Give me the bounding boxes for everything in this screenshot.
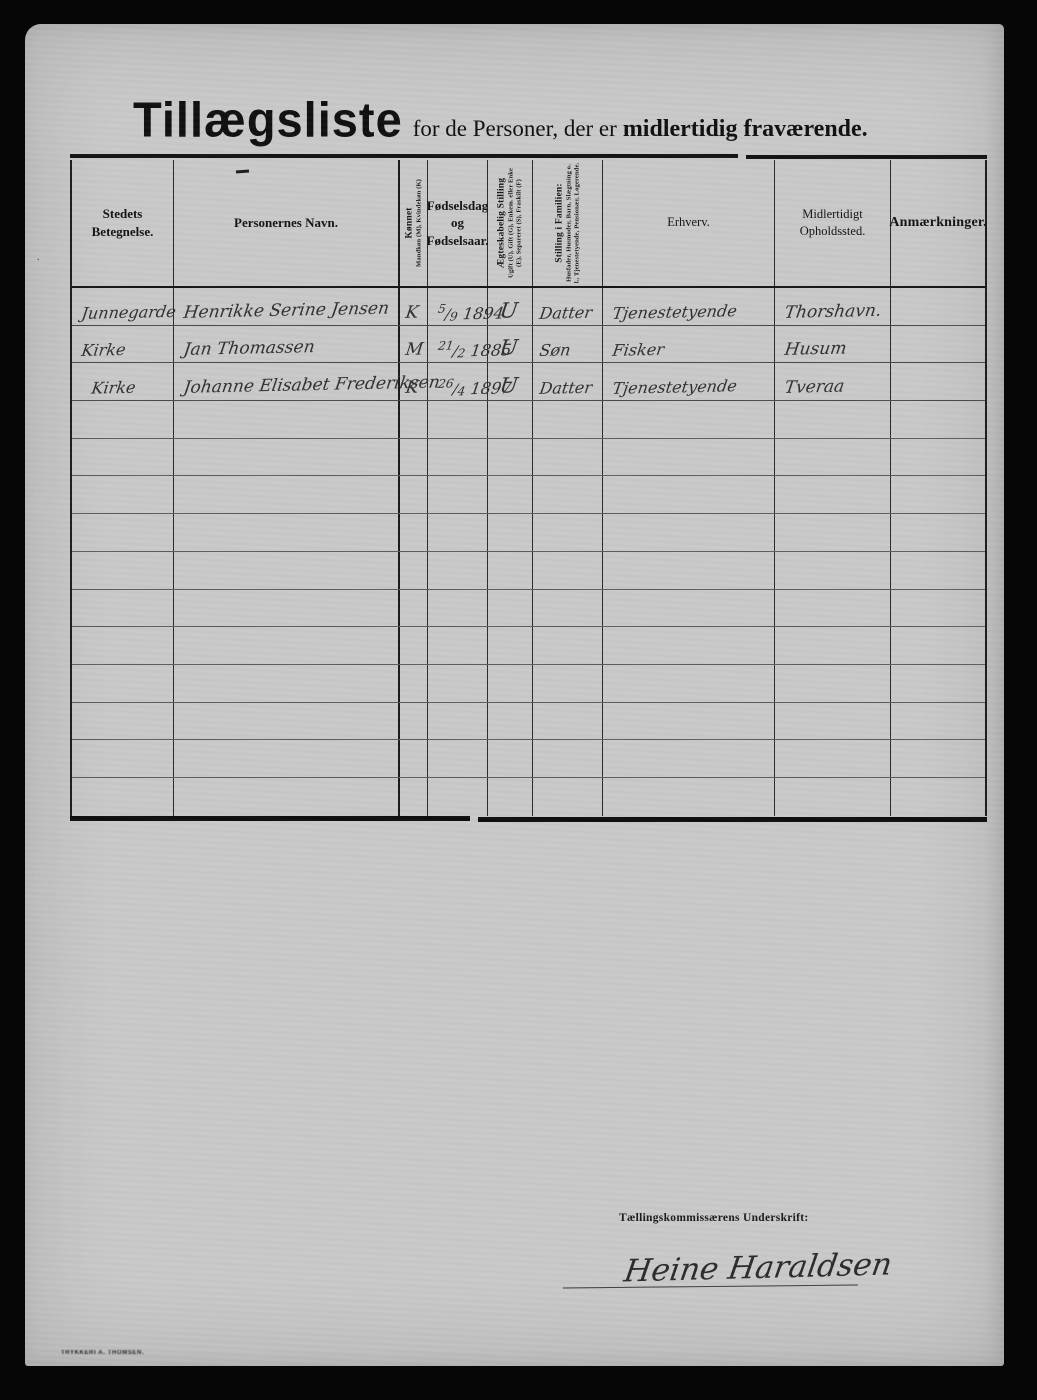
- cell-family: Datter: [533, 380, 593, 400]
- empty-cell: [891, 552, 985, 589]
- empty-cell: [603, 703, 775, 740]
- cell-residence: Husum: [775, 341, 848, 362]
- empty-cell: [428, 552, 488, 589]
- empty-cell: [603, 665, 775, 702]
- empty-cell: [72, 514, 174, 551]
- header-residence: Midlertidigt Opholdssted.: [775, 160, 891, 286]
- empty-cell: [891, 514, 985, 551]
- empty-cell: [400, 778, 428, 816]
- empty-cell: [603, 778, 775, 816]
- empty-cell: [533, 476, 603, 513]
- empty-cell: [428, 590, 488, 627]
- form-title-mid: for de Personer, der er: [413, 116, 617, 141]
- table-body: Junnegarde Henrikke Serine Jensen K 5/9 …: [72, 288, 985, 816]
- cell-place: Kirke: [72, 380, 137, 400]
- empty-cell: [891, 476, 985, 513]
- cell-occupation: Fisker: [603, 342, 665, 362]
- cell-place: Kirke: [72, 342, 127, 362]
- cell-name: Henrikke Serine Jensen: [174, 300, 390, 324]
- empty-cell: [488, 401, 533, 438]
- cell-sex: K: [400, 380, 420, 400]
- empty-cell: [400, 703, 428, 740]
- empty-cell: [428, 439, 488, 476]
- empty-cell: [428, 740, 488, 777]
- form-title-bold: midlertidig fraværende.: [623, 116, 868, 142]
- empty-cell: [72, 627, 174, 664]
- empty-cell: [488, 439, 533, 476]
- cell-marital: U: [488, 300, 519, 325]
- empty-cell: [400, 665, 428, 702]
- table-row-empty: [72, 778, 985, 816]
- table-row-empty: [72, 476, 985, 514]
- empty-cell: [891, 665, 985, 702]
- header-sex: Kønnet Mandkøn (M), Kvindekøn (K): [400, 160, 428, 286]
- empty-cell: [174, 590, 400, 627]
- cell-residence: Thorshavn.: [775, 303, 882, 325]
- cell-occupation: Tjenestetyende: [603, 303, 738, 325]
- empty-cell: [400, 627, 428, 664]
- empty-cell: [775, 703, 891, 740]
- empty-cell: [533, 590, 603, 627]
- empty-cell: [533, 778, 603, 816]
- cell-remarks: [891, 397, 899, 400]
- empty-cell: [533, 627, 603, 664]
- empty-cell: [533, 703, 603, 740]
- cell-place: Junnegarde: [72, 304, 177, 325]
- empty-cell: [891, 439, 985, 476]
- empty-cell: [428, 627, 488, 664]
- empty-cell: [603, 740, 775, 777]
- empty-cell: [488, 590, 533, 627]
- cell-family: Søn: [533, 343, 572, 363]
- header-occupation: Erhverv.: [603, 160, 775, 286]
- empty-cell: [488, 476, 533, 513]
- header-family-position: Stilling i Familien: Husfader, Husmoder,…: [533, 160, 603, 286]
- cell-family: Datter: [533, 304, 593, 324]
- empty-cell: [891, 703, 985, 740]
- table-row-empty: [72, 590, 985, 628]
- empty-cell: [488, 665, 533, 702]
- empty-cell: [174, 627, 400, 664]
- table-row: Kirke Johanne Elisabet Frederiksen K 26/…: [72, 363, 985, 401]
- empty-cell: [174, 703, 400, 740]
- empty-cell: [400, 590, 428, 627]
- empty-cell: [72, 401, 174, 438]
- empty-cell: [891, 401, 985, 438]
- table-header-row: Stedets Betegnelse. Personernes Navn. Kø…: [72, 160, 985, 288]
- empty-cell: [775, 514, 891, 551]
- cell-residence: Tveraa: [775, 379, 845, 400]
- empty-cell: [488, 627, 533, 664]
- empty-cell: [775, 476, 891, 513]
- table-row-empty: [72, 401, 985, 439]
- cell-name: Jan Thomassen: [174, 339, 316, 362]
- signature-underline: [563, 1284, 858, 1288]
- table-row: Junnegarde Henrikke Serine Jensen K 5/9 …: [72, 288, 985, 326]
- cell-sex: K: [400, 304, 420, 324]
- header-marital-status: Ægteskabelig Stilling Ugift (U), Gift (G…: [488, 160, 533, 286]
- empty-cell: [428, 665, 488, 702]
- empty-cell: [775, 627, 891, 664]
- table-row: Kirke Jan Thomassen M 21/2 1885 U Søn Fi…: [72, 326, 985, 364]
- empty-cell: [775, 439, 891, 476]
- census-table: Stedets Betegnelse. Personernes Navn. Kø…: [70, 160, 987, 816]
- empty-cell: [428, 476, 488, 513]
- signature-label: Tællingskommissærens Underskrift:: [619, 1212, 809, 1224]
- printer-imprint: TRYKKERI A. THOMSEN.: [61, 1350, 144, 1356]
- empty-cell: [174, 778, 400, 816]
- empty-cell: [72, 590, 174, 627]
- empty-cell: [488, 740, 533, 777]
- empty-cell: [72, 703, 174, 740]
- empty-cell: [603, 476, 775, 513]
- empty-cell: [891, 627, 985, 664]
- empty-cell: [891, 590, 985, 627]
- empty-cell: [174, 665, 400, 702]
- empty-cell: [533, 740, 603, 777]
- empty-cell: [603, 552, 775, 589]
- empty-cell: [400, 439, 428, 476]
- table-bottom-rule: [70, 816, 987, 822]
- cell-occupation: Tjenestetyende: [603, 378, 738, 400]
- cell-remarks: [891, 359, 899, 362]
- empty-cell: [174, 514, 400, 551]
- empty-cell: [488, 552, 533, 589]
- form-title-main: Tillægsliste: [133, 91, 403, 148]
- cell-remarks: [891, 322, 899, 325]
- scanned-document: Tillægslistefor de Personer, der ermidle…: [0, 0, 1037, 1400]
- empty-cell: [428, 703, 488, 740]
- empty-cell: [400, 740, 428, 777]
- empty-cell: [72, 665, 174, 702]
- table-row-empty: [72, 627, 985, 665]
- table-row-empty: [72, 703, 985, 741]
- empty-cell: [533, 665, 603, 702]
- empty-cell: [533, 552, 603, 589]
- table-row-empty: [72, 740, 985, 778]
- table-row-empty: [72, 514, 985, 552]
- signature-handwriting: Heine Haraldsen: [622, 1247, 895, 1290]
- empty-cell: [400, 514, 428, 551]
- cell-sex: M: [400, 342, 424, 362]
- empty-cell: [72, 476, 174, 513]
- empty-cell: [174, 401, 400, 438]
- empty-cell: [488, 514, 533, 551]
- empty-cell: [603, 514, 775, 551]
- empty-cell: [775, 590, 891, 627]
- empty-cell: [72, 740, 174, 777]
- empty-cell: [533, 401, 603, 438]
- empty-cell: [400, 552, 428, 589]
- empty-cell: [174, 439, 400, 476]
- empty-cell: [174, 476, 400, 513]
- form-title: Tillægslistefor de Personer, der ermidle…: [133, 92, 973, 147]
- header-name: Personernes Navn.: [174, 160, 400, 286]
- empty-cell: [428, 778, 488, 816]
- paper-sheet: Tillægslistefor de Personer, der ermidle…: [25, 24, 1004, 1366]
- header-birth: Fødselsdag og Fødselsaar.: [428, 160, 488, 286]
- table-row-empty: [72, 552, 985, 590]
- empty-cell: [428, 401, 488, 438]
- header-remarks: Anmærkninger.: [891, 160, 985, 286]
- empty-cell: [488, 778, 533, 816]
- empty-cell: [400, 401, 428, 438]
- empty-cell: [775, 740, 891, 777]
- empty-cell: [533, 514, 603, 551]
- empty-cell: [533, 439, 603, 476]
- empty-cell: [72, 778, 174, 816]
- empty-cell: [174, 740, 400, 777]
- empty-cell: [603, 401, 775, 438]
- empty-cell: [603, 590, 775, 627]
- empty-cell: [891, 778, 985, 816]
- empty-cell: [603, 439, 775, 476]
- title-rule: [70, 154, 987, 158]
- empty-cell: [428, 514, 488, 551]
- empty-cell: [775, 665, 891, 702]
- empty-cell: [775, 778, 891, 816]
- empty-cell: [72, 439, 174, 476]
- empty-cell: [72, 552, 174, 589]
- header-place: Stedets Betegnelse.: [72, 160, 174, 286]
- scan-artifact-dot: .: [37, 252, 40, 263]
- empty-cell: [400, 476, 428, 513]
- cell-marital: U: [488, 375, 519, 400]
- table-row-empty: [72, 665, 985, 703]
- table-row-empty: [72, 439, 985, 477]
- empty-cell: [603, 627, 775, 664]
- empty-cell: [174, 552, 400, 589]
- empty-cell: [775, 552, 891, 589]
- empty-cell: [488, 703, 533, 740]
- cell-marital: U: [488, 338, 519, 363]
- empty-cell: [775, 401, 891, 438]
- empty-cell: [891, 740, 985, 777]
